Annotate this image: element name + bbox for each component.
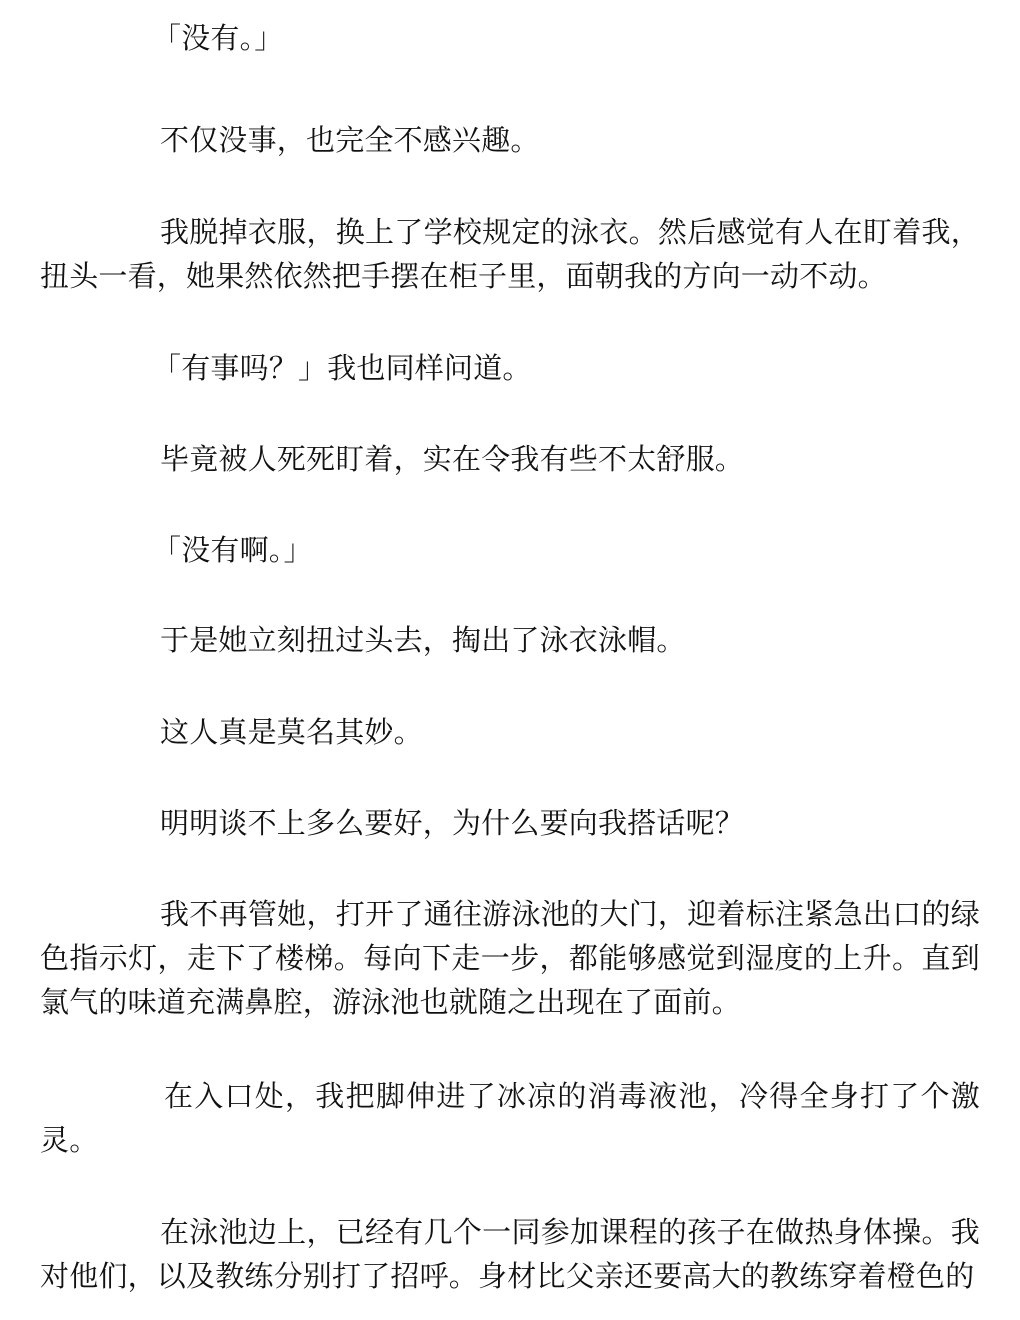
paragraph-narration-3: 毕竟被人死死盯着，实在令我有些不太舒服。 xyxy=(40,437,980,481)
paragraph-dialogue-3: 「没有啊。」 xyxy=(40,528,980,572)
paragraph-narration-4: 于是她立刻扭过头去，掏出了泳衣泳帽。 xyxy=(40,618,980,662)
paragraph-narration-2: 我脱掉衣服，换上了学校规定的泳衣。然后感觉有人在盯着我，扭头一看，她果然依然把手… xyxy=(40,210,980,298)
paragraph-narration-5: 这人真是莫名其妙。 xyxy=(40,710,980,754)
paragraph-narration-7: 我不再管她，打开了通往游泳池的大门，迎着标注紧急出口的绿色指示灯，走下了楼梯。每… xyxy=(40,892,980,1024)
paragraph-dialogue-1: 「没有。」 xyxy=(40,16,980,60)
paragraph-dialogue-2: 「有事吗？」我也同样问道。 xyxy=(40,346,980,390)
paragraph-narration-9: 在泳池边上，已经有几个一同参加课程的孩子在做热身体操。我对他们，以及教练分别打了… xyxy=(40,1210,980,1298)
paragraph-narration-1: 不仅没事，也完全不感兴趣。 xyxy=(40,118,980,162)
paragraph-narration-6: 明明谈不上多么要好，为什么要向我搭话呢？ xyxy=(40,801,980,845)
paragraph-narration-8: 在入口处，我把脚伸进了冰凉的消毒液池，冷得全身打了个激灵。 xyxy=(40,1074,980,1162)
